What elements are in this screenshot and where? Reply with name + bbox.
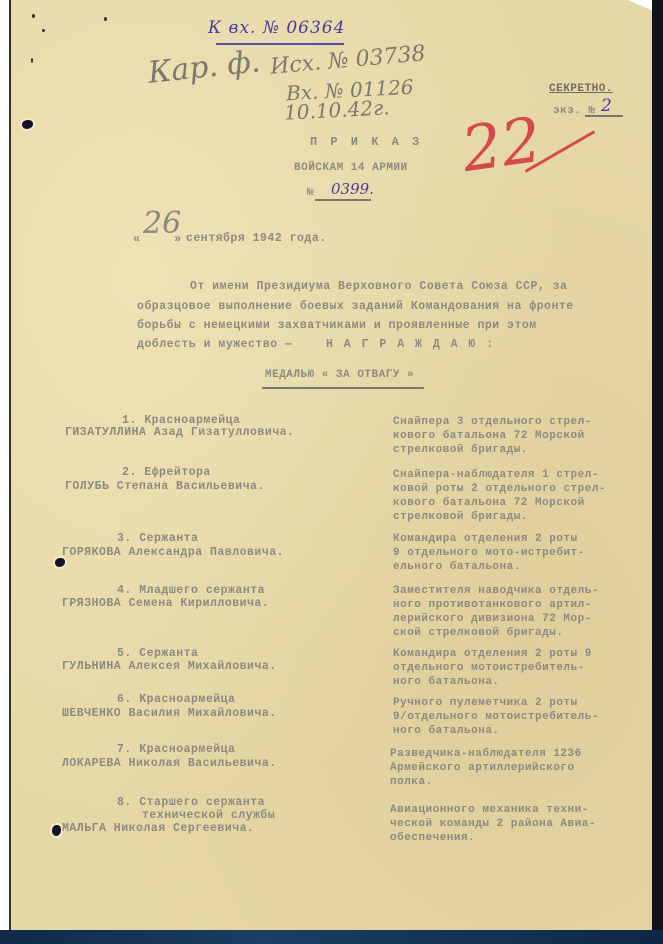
- awardee-4-unit-3: лерийского дивизиона 72 Мор-: [393, 613, 592, 627]
- awardee-2-number: 2.: [122, 466, 137, 479]
- ink-speck: [31, 58, 33, 63]
- preamble-line-2: образцовое выполнение боевых заданий Ком…: [137, 300, 574, 313]
- awardee-2-unit-3: кового батальона 72 Морской: [393, 497, 585, 511]
- ink-speck: [104, 17, 107, 21]
- awardee-5-unit-3: ного батальона.: [393, 676, 500, 690]
- awardee-4-rank: 4. Младшего сержанта: [117, 584, 265, 597]
- awardee-4-unit-1: Заместителя наводчика отдель-: [393, 585, 599, 599]
- order-number-underline: [315, 199, 371, 201]
- ink-speck: [32, 14, 35, 18]
- awardee-3-name: ГОРЯКОВА Александра Павловича.: [62, 546, 284, 559]
- awardee-7-name: ЛОКАРЕВА Николая Васильевича.: [62, 757, 277, 770]
- awardee-2-unit-4: стрелковой бригады.: [393, 511, 528, 525]
- awardee-1-name: ГИЗАТУЛЛИНА Азад Гизатулловича.: [65, 426, 294, 439]
- stamp-underline: [216, 43, 344, 45]
- awardee-2-unit-2: ковой роты 2 отдельного стрел-: [393, 483, 606, 497]
- awardee-3-rank: 3. Сержанта: [117, 532, 198, 545]
- date-quote-close: »: [174, 232, 182, 246]
- awardee-3-rank-text: Сержанта: [139, 532, 198, 545]
- preamble-line-3: борьбы с немецкими захватчиками и проявл…: [137, 319, 537, 332]
- date-quote-open: «: [133, 232, 141, 246]
- awardee-6-rank: 6. Красноармейца: [117, 693, 235, 706]
- awardee-6-rank-text: Красноармейца: [139, 693, 235, 706]
- awardee-8-rank-extra: технической службы: [142, 809, 275, 822]
- incoming-number-stamp: К вх. № 06364: [208, 18, 345, 38]
- awardee-2-rank-text: Ефрейтора: [144, 466, 211, 479]
- awardee-4-unit-4: ской стрелковой бригады.: [393, 627, 563, 641]
- awardee-3-unit-1: Командира отделения 2 роты: [393, 533, 578, 547]
- awardee-1-unit-3: стрелковой бригады.: [393, 444, 528, 458]
- awardee-5-unit-1: Командира отделения 2 роты 9: [393, 648, 592, 662]
- ink-speck: [42, 29, 45, 32]
- awardee-6-unit-1: Ручного пулеметчика 2 роты: [393, 697, 578, 711]
- awardee-3-unit-2: 9 отдельного мото-истребит-: [393, 547, 585, 561]
- awardee-4-rank-text: Младшего сержанта: [139, 584, 265, 597]
- awardee-6-name: ШЕВЧЕНКО Василия Михайловича.: [62, 707, 277, 720]
- awardee-7-unit-2: Армейского артиллерийского: [390, 762, 575, 776]
- awardee-4-number: 4.: [117, 584, 132, 597]
- awardee-5-number: 5.: [117, 647, 132, 660]
- order-number-prefix: №: [307, 187, 314, 199]
- awardee-7-rank-text: Красноармейца: [139, 743, 235, 756]
- order-number: 0399.: [331, 180, 374, 198]
- awardee-4-unit-2: ного противотанкового артил-: [393, 599, 592, 613]
- awardee-7-number: 7.: [117, 743, 132, 756]
- viewer-bottom-bar: [0, 930, 663, 944]
- awardee-8-name: МАЛЬГА Николая Сергеевича.: [62, 822, 254, 835]
- preamble-line-4: доблесть и мужество —: [137, 338, 292, 351]
- awardee-8-unit-3: обеспечения.: [390, 832, 475, 846]
- date-rest: сентября 1942 года.: [186, 232, 327, 245]
- awardee-5-unit-2: отдельного мотоистребитель-: [393, 662, 585, 676]
- awardee-2-rank: 2. Ефрейтора: [122, 466, 211, 479]
- order-title: П Р И К А З: [310, 135, 422, 149]
- awardee-8-rank: 8. Старшего сержанта: [117, 796, 265, 809]
- copy-number: 2: [601, 96, 612, 116]
- awardee-4-name: ГРЯЗНОВА Семена Кирилловича.: [62, 597, 269, 610]
- awardee-1-unit-2: кового батальона 72 Морской: [393, 430, 585, 444]
- awardee-6-unit-2: 9/отдельного мотоистребитель-: [393, 711, 599, 725]
- left-margin: [0, 0, 9, 930]
- awardee-8-rank-text: Старшего сержанта: [139, 796, 265, 809]
- red-pencil-number: 22: [457, 103, 545, 186]
- preamble-line-1: От имени Президиума Верховного Совета Со…: [190, 280, 567, 293]
- awardee-8-unit-1: Авиационного механика техни-: [390, 804, 589, 818]
- awardee-5-name: ГУЛЬНИНА Алексея Михайловича.: [62, 660, 277, 673]
- awardee-5-rank-text: Сержанта: [139, 647, 198, 660]
- awardee-8-unit-2: ческой команды 2 района Авиа-: [390, 818, 596, 832]
- awardee-2-name: ГОЛУБЬ Степана Васильевича.: [65, 480, 265, 493]
- awardee-7-rank: 7. Красноармейца: [117, 743, 235, 756]
- secrecy-label: СЕКРЕТНО.: [549, 83, 613, 95]
- medal-heading: МЕДАЛЬЮ « ЗА ОТВАГУ »: [265, 369, 414, 381]
- awardee-5-rank: 5. Сержанта: [117, 647, 198, 660]
- awardee-3-unit-3: ельного батальона.: [393, 561, 521, 575]
- medal-heading-underline: [262, 387, 424, 389]
- awardee-7-unit-3: полка.: [390, 776, 433, 790]
- awardee-8-number: 8.: [117, 796, 132, 809]
- awardee-2-unit-1: Снайпера-наблюдателя 1 стрел-: [393, 469, 599, 483]
- order-subtitle: ВОЙСКАМ 14 АРМИИ: [294, 162, 408, 174]
- awardee-7-unit-1: Разведчика-наблюдателя 1236: [390, 748, 582, 762]
- award-verb: Н А Г Р А Ж Д А Ю :: [326, 338, 495, 351]
- copy-underline: [585, 115, 623, 117]
- awardee-1-unit-1: Снайпера 3 отдельного стрел-: [393, 416, 592, 430]
- awardee-6-number: 6.: [117, 693, 132, 706]
- awardee-3-number: 3.: [117, 532, 132, 545]
- awardee-6-unit-3: ного батальона.: [393, 725, 500, 739]
- scan-edge: [652, 0, 663, 930]
